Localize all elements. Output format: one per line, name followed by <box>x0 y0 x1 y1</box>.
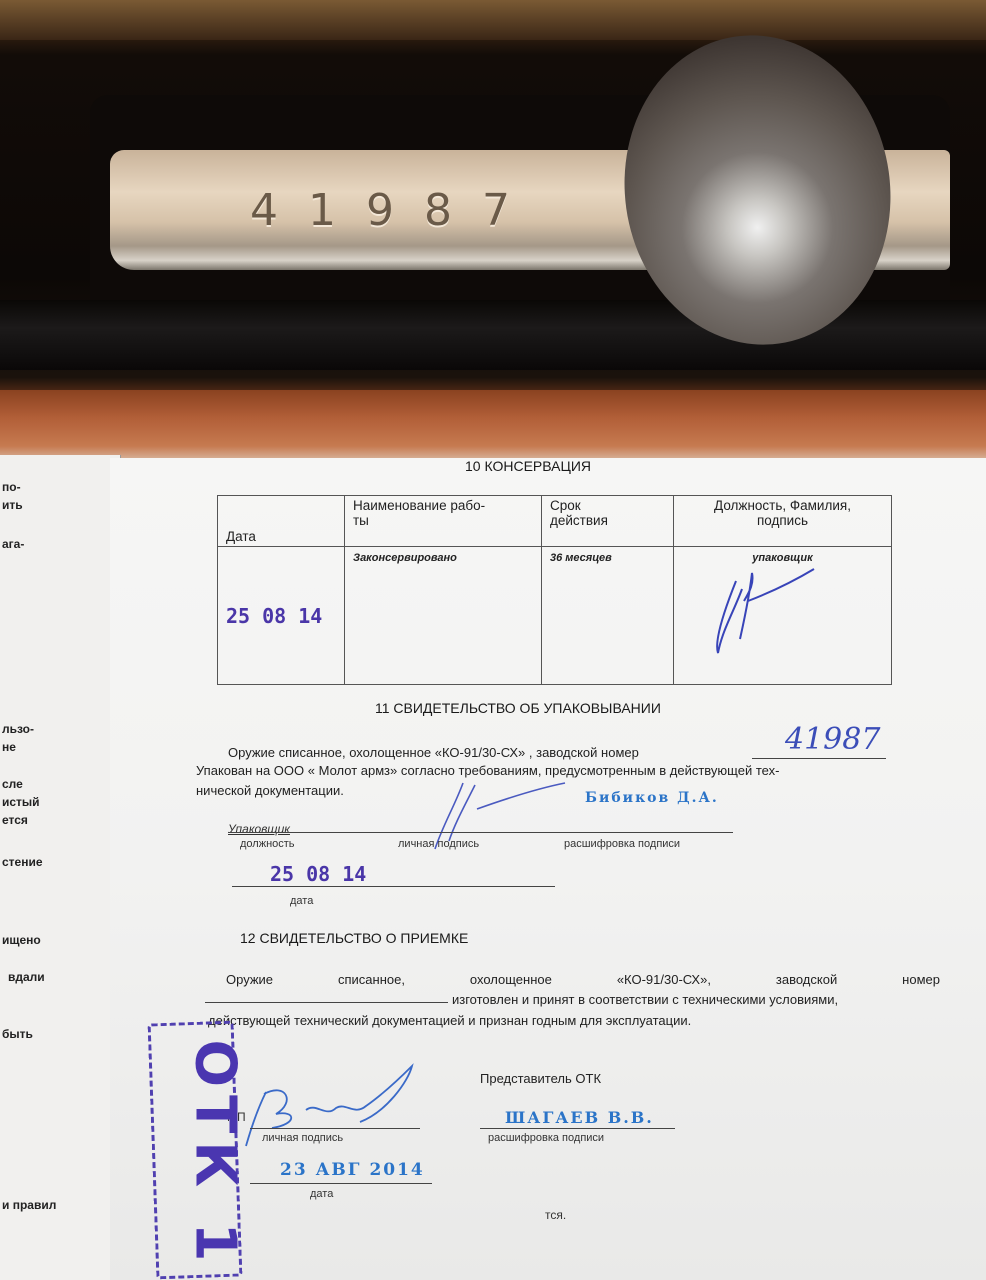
rifle-photo: 41987 <box>0 0 986 460</box>
packing-date-stamp: 25 08 14 <box>270 862 366 886</box>
left-fragment: быть <box>2 1027 33 1041</box>
left-fragment: стение <box>2 855 43 869</box>
packing-line-1: Оружие списанное, охолощенное «КО-91/30-… <box>228 745 639 760</box>
packer-position: Упаковщик <box>228 822 290 836</box>
left-fragment: ага- <box>2 537 24 551</box>
left-page: по- ить ага- льзо- не сле истый ется сте… <box>0 455 121 1280</box>
date-line <box>232 886 555 887</box>
serial-handwritten: 41987 <box>785 722 880 757</box>
left-fragment: истый <box>2 795 40 809</box>
acceptance-line-1: Оружие списанное, охолощенное «КО-91/30-… <box>226 972 940 987</box>
otk-stamp: ОТК 1 <box>183 1039 248 1269</box>
label-position: должность <box>240 838 295 850</box>
otk-signature-line <box>250 1128 420 1129</box>
header-date: Дата <box>218 496 345 547</box>
otk-representative-label: Представитель ОТК <box>480 1071 601 1086</box>
receiver-serial-number: 41987 <box>250 185 540 236</box>
left-fragment: ищено <box>2 933 41 947</box>
section-12-title: 12 СВИДЕТЕЛЬСТВО О ПРИЕМКЕ <box>240 930 468 946</box>
label-signature: личная подпись <box>398 838 479 850</box>
otk-date-stamp: 23 АВГ 2014 <box>280 1160 425 1180</box>
packing-line-3: нической документации. <box>196 783 344 798</box>
label-decoding: расшифровка подписи <box>564 838 680 850</box>
left-fragment: сле <box>2 777 23 791</box>
word: «КО-91/30-СХ», <box>617 972 711 987</box>
left-fragment: ить <box>2 498 23 512</box>
header-work: Наименование рабо- ты <box>345 496 542 547</box>
left-fragment: льзо- <box>2 722 34 736</box>
acceptance-line-3: действующей технический документацией и … <box>208 1013 691 1028</box>
serial-blank-line <box>205 1002 448 1003</box>
serial-underline <box>752 758 886 759</box>
left-fragment: по- <box>2 480 21 494</box>
term-value: 36 месяцев <box>550 552 612 564</box>
otk-name-stamp: ШАГАЕВ В.В. <box>505 1108 654 1127</box>
otk-date-line <box>250 1183 432 1184</box>
background-stripe <box>0 0 986 40</box>
header-term: Срок действия <box>542 496 674 547</box>
left-fragment: и правил <box>2 1198 56 1212</box>
work-value: Законсервировано <box>353 552 457 564</box>
left-fragment: не <box>2 740 16 754</box>
conservation-table: Дата Наименование рабо- ты Срок действия… <box>217 495 892 685</box>
otk-label-date: дата <box>310 1188 333 1200</box>
otk-label-decoding: расшифровка подписи <box>488 1132 604 1144</box>
signature-icon <box>704 561 824 661</box>
otk-label-signature: личная подпись <box>262 1132 343 1144</box>
packer-name-stamp: Бибиков Д.А. <box>585 790 719 806</box>
text-fragment: тся. <box>545 1208 566 1222</box>
signature-line <box>228 832 733 833</box>
left-fragment: вдали <box>8 970 45 984</box>
word: списанное, <box>338 972 405 987</box>
word: номер <box>902 972 940 987</box>
left-fragment: ется <box>2 813 28 827</box>
section-11-title: 11 СВИДЕТЕЛЬСТВО ОБ УПАКОВЫВАНИИ <box>375 700 661 716</box>
wooden-stock <box>0 390 986 460</box>
word: Оружие <box>226 972 273 987</box>
word: охолощенное <box>470 972 552 987</box>
date-stamp: 25 08 14 <box>226 604 322 628</box>
acceptance-line-2: изготовлен и принят в соответствии с тех… <box>452 992 838 1007</box>
word: заводской <box>776 972 837 987</box>
section-10-title: 10 КОНСЕРВАЦИЯ <box>465 458 591 474</box>
label-date: дата <box>290 895 313 907</box>
otk-decoding-line <box>480 1128 675 1129</box>
header-position: Должность, Фамилия, подпись <box>674 496 892 547</box>
